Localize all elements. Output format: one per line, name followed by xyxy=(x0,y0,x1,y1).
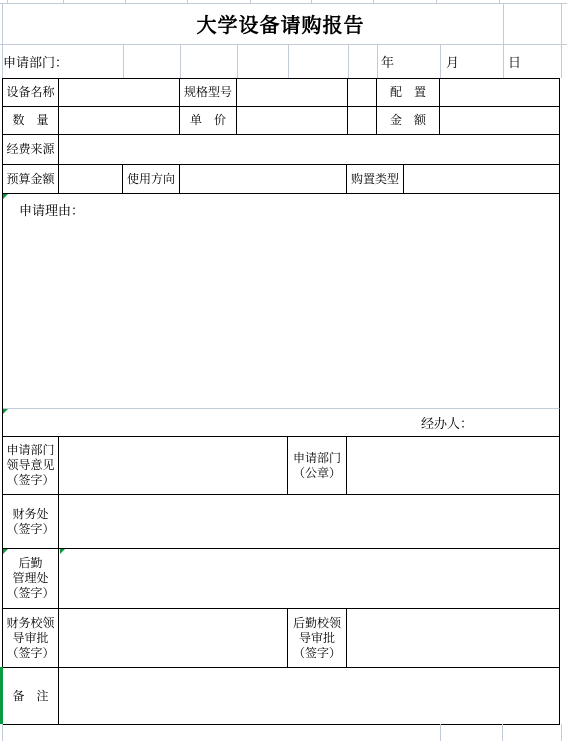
fund-source-input-cell[interactable] xyxy=(59,135,560,165)
page-title: 大学设备请购报告 xyxy=(0,3,561,44)
remark-label: 备 注 xyxy=(3,668,59,725)
day-label: 日 xyxy=(508,44,521,78)
dept-seal-input-cell[interactable] xyxy=(347,437,560,495)
gridline xyxy=(440,44,441,78)
cell-error-indicator-icon xyxy=(3,549,8,554)
gridline xyxy=(440,724,441,741)
apply-dept-label: 申请部门： xyxy=(3,44,68,78)
dept-leader-input-cell[interactable] xyxy=(59,437,288,495)
usage-label: 使用方向 xyxy=(123,165,180,194)
amount-label: 金 额 xyxy=(377,107,440,135)
spec-model-input-cell[interactable] xyxy=(237,79,348,107)
cell-error-indicator-icon xyxy=(3,194,8,199)
year-label: 年 xyxy=(381,44,394,78)
budget-input-cell[interactable] xyxy=(59,165,123,194)
logistics-input-cell[interactable] xyxy=(59,549,560,609)
cell-error-indicator-icon xyxy=(3,409,8,414)
cell-error-indicator-icon xyxy=(60,549,65,554)
spec-model-label: 规格型号 xyxy=(180,79,237,107)
equip-name-label: 设备名称 xyxy=(3,79,59,107)
green-fill-strip xyxy=(0,667,3,724)
dept-leader-label: 申请部门 领导意见 （签字） xyxy=(3,437,59,495)
finance-leader-input-cell[interactable] xyxy=(59,609,288,668)
handler-cell[interactable]: 经办人： xyxy=(3,409,560,437)
remark-input-cell[interactable] xyxy=(59,668,560,725)
quantity-input-cell[interactable] xyxy=(59,107,180,135)
unit-price-label: 单 价 xyxy=(180,107,237,135)
form-table: 设备名称 规格型号 配 置 数 量 单 价 金 额 经费来源 预算金额 使用方向… xyxy=(2,78,560,724)
config-input-cell[interactable] xyxy=(440,79,560,107)
gridline xyxy=(561,724,562,741)
month-label: 月 xyxy=(446,44,459,78)
quantity-label: 数 量 xyxy=(3,107,59,135)
purchase-type-input-cell[interactable] xyxy=(404,165,560,194)
spreadsheet-form: 大学设备请购报告 申请部门： 年 月 日 设备名称 规格型号 配 置 数 量 单… xyxy=(0,0,567,741)
fund-source-label: 经费来源 xyxy=(3,135,59,165)
gridline xyxy=(561,3,562,78)
gridline xyxy=(2,724,3,741)
gridline xyxy=(377,44,378,78)
gridline xyxy=(503,44,504,78)
budget-label: 预算金额 xyxy=(3,165,59,194)
spacer-cell xyxy=(348,79,377,107)
purchase-type-label: 购置类型 xyxy=(347,165,404,194)
gridline xyxy=(502,724,503,741)
reason-label: 申请理由： xyxy=(3,194,559,219)
config-label: 配 置 xyxy=(377,79,440,107)
equip-name-input-cell[interactable] xyxy=(59,79,180,107)
reason-cell[interactable]: 申请理由： xyxy=(3,194,560,409)
usage-input-cell[interactable] xyxy=(180,165,347,194)
finance-label: 财务处 （签字） xyxy=(3,495,59,549)
handler-label: 经办人： xyxy=(421,413,473,432)
logistics-leader-input-cell[interactable] xyxy=(347,609,560,668)
logistics-leader-label: 后勤校领 导审批 （签字） xyxy=(288,609,347,668)
finance-input-cell[interactable] xyxy=(59,495,560,549)
amount-input-cell[interactable] xyxy=(440,107,560,135)
dept-seal-label: 申请部门 （公章） xyxy=(288,437,347,495)
finance-leader-label: 财务校领 导审批 （签字） xyxy=(3,609,59,668)
apply-dept-input-cell[interactable] xyxy=(86,44,346,78)
spacer-cell xyxy=(348,107,377,135)
logistics-label: 后勤 管理处 （签字） xyxy=(3,549,59,609)
unit-price-input-cell[interactable] xyxy=(237,107,348,135)
gridline xyxy=(348,44,349,78)
